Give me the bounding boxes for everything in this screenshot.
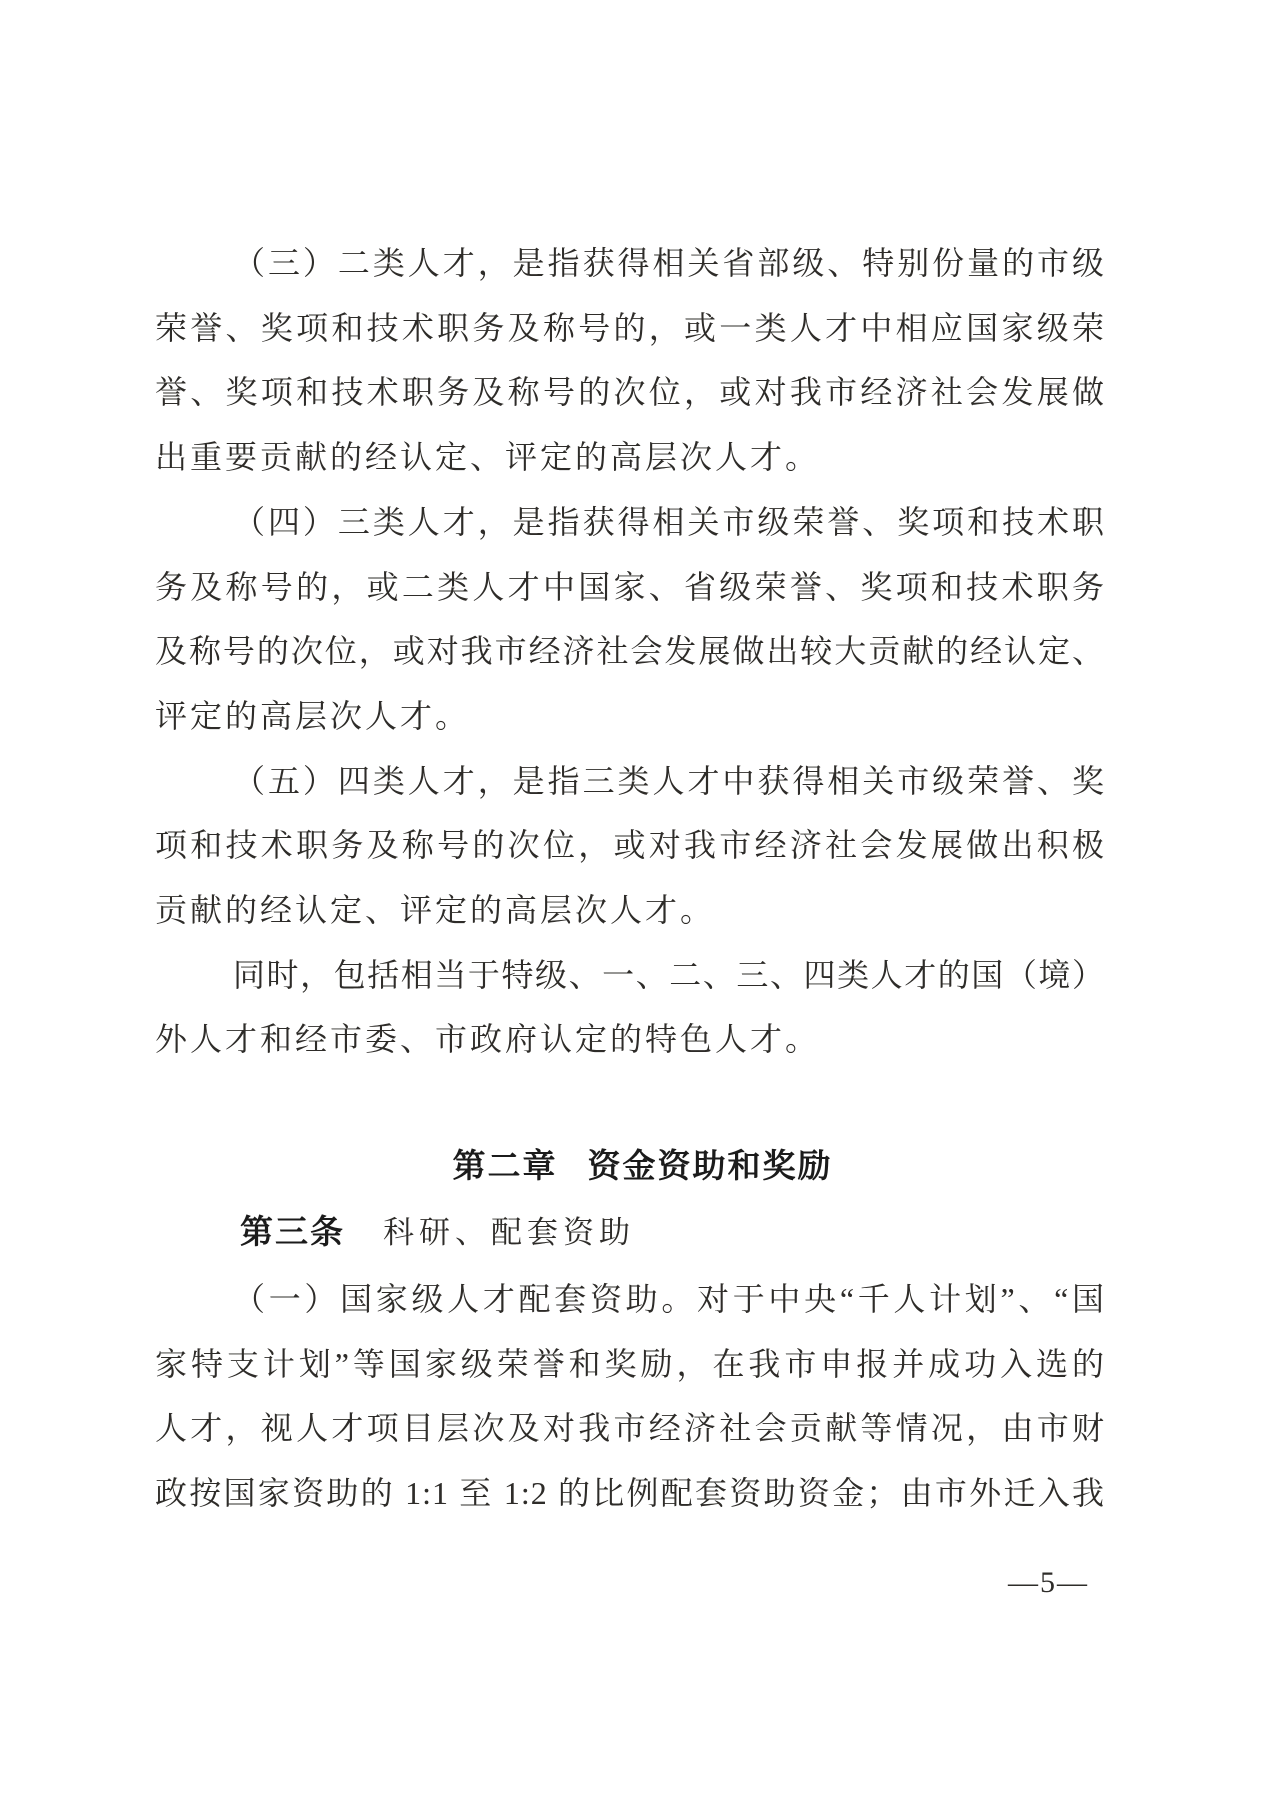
chapter-heading: 第二章资金资助和奖励 <box>155 1136 1105 1196</box>
funding-paragraph: （一）国家级人才配套资助。对于中央“千人计划”、“国 家特支计划”等国家级荣誉和… <box>155 1267 1105 1526</box>
body-line: （四）三类人才，是指获得相关市级荣誉、奖项和技术职 <box>155 490 1105 555</box>
body-line: 荣誉、奖项和技术职务及称号的，或一类人才中相应国家级荣 <box>155 296 1105 361</box>
article-title: 科研、配套资助 <box>383 1215 635 1250</box>
body-line: 及称号的次位，或对我市经济社会发展做出较大贡献的经认定、 <box>155 619 1105 684</box>
article-label: 第三条 <box>240 1213 345 1250</box>
page-number: —5— <box>1008 1566 1089 1600</box>
body-line: （一）国家级人才配套资助。对于中央“千人计划”、“国 <box>155 1267 1105 1332</box>
body-line: 誉、奖项和技术职务及称号的次位，或对我市经济社会发展做 <box>155 360 1105 425</box>
body-line: 务及称号的，或二类人才中国家、省级荣誉、奖项和技术职务 <box>155 555 1105 620</box>
body-line: 政按国家资助的 1:1 至 1:2 的比例配套资助资金；由市外迁入我 <box>155 1461 1105 1526</box>
body-line: 家特支计划”等国家级荣誉和奖励，在我市申报并成功入选的 <box>155 1332 1105 1397</box>
body-line: 出重要贡献的经认定、评定的高层次人才。 <box>155 425 1105 490</box>
talent-category-paragraphs: （三）二类人才，是指获得相关省部级、特别份量的市级 荣誉、奖项和技术职务及称号的… <box>155 231 1105 1072</box>
body-line: 项和技术职务及称号的次位，或对我市经济社会发展做出积极 <box>155 813 1105 878</box>
chapter-number: 第二章 <box>453 1147 558 1184</box>
chapter-title: 资金资助和奖励 <box>588 1147 833 1184</box>
body-line: 评定的高层次人才。 <box>155 684 1105 749</box>
body-line: 人才，视人才项目层次及对我市经济社会贡献等情况，由市财 <box>155 1396 1105 1461</box>
body-line: （五）四类人才，是指三类人才中获得相关市级荣誉、奖 <box>155 749 1105 814</box>
body-line: （三）二类人才，是指获得相关省部级、特别份量的市级 <box>155 231 1105 296</box>
document-page: （三）二类人才，是指获得相关省部级、特别份量的市级 荣誉、奖项和技术职务及称号的… <box>0 0 1280 1810</box>
body-line: 贡献的经认定、评定的高层次人才。 <box>155 878 1105 943</box>
article-heading: 第三条科研、配套资助 <box>240 1204 1105 1267</box>
body-line: 外人才和经市委、市政府认定的特色人才。 <box>155 1007 1105 1072</box>
body-line: 同时，包括相当于特级、一、二、三、四类人才的国（境） <box>155 943 1105 1008</box>
